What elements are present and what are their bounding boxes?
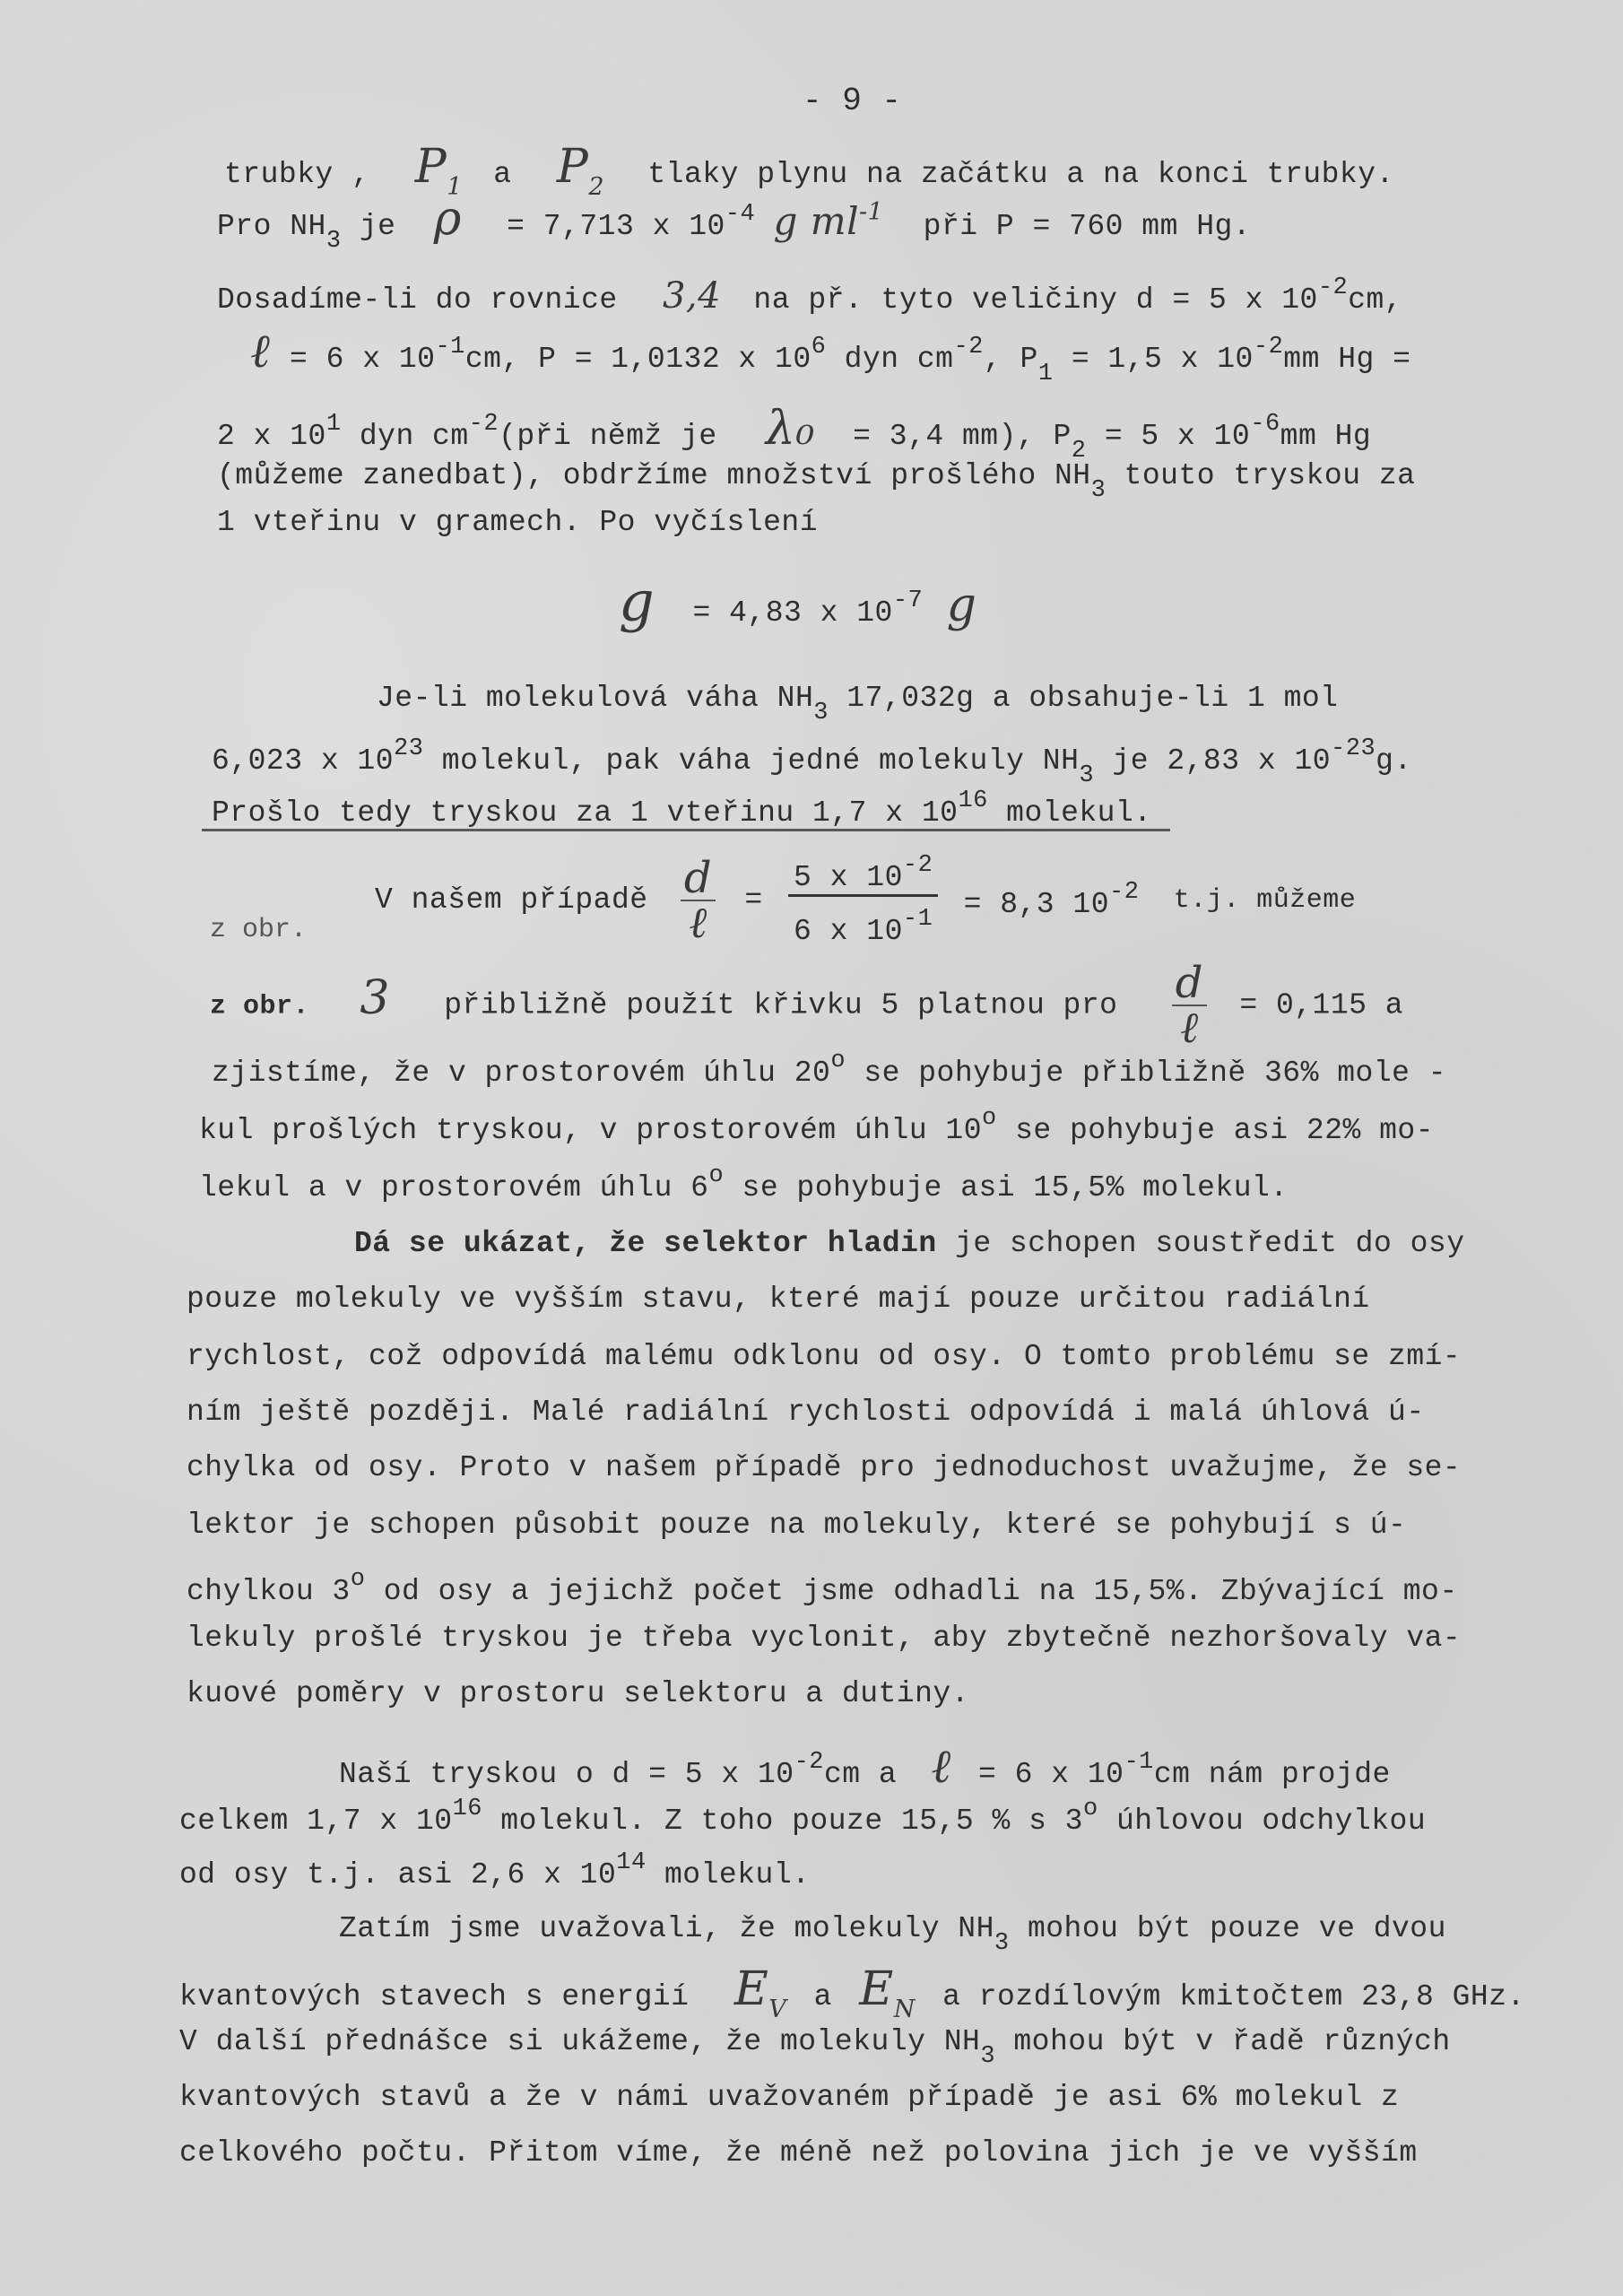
- text: lektor je schopen působit pouze na molek…: [187, 1509, 1406, 1542]
- text: touto tryskou za: [1124, 459, 1416, 492]
- text: -7: [893, 587, 923, 614]
- unit-g: g: [947, 582, 977, 629]
- text: = 8,3 10-2: [964, 888, 1140, 921]
- text: ℓ: [681, 901, 716, 944]
- text-line: (můžeme zanedbat), obdržíme množství pro…: [217, 459, 1415, 504]
- text: celkem 1,7 x 10: [179, 1805, 453, 1838]
- text-line: ℓ = 6 x 10-1cm, P = 1,0132 x 106 dyn cm-…: [251, 328, 1410, 387]
- text-line: V další přednášce si ukážeme, že molekul…: [179, 2025, 1451, 2070]
- text: 1 vteřinu v gramech. Po vyčíslení: [217, 506, 818, 539]
- text: V: [768, 1996, 786, 2023]
- text-line: celkového počtu. Přitom víme, že méně ne…: [179, 2136, 1418, 2170]
- text: N: [894, 1996, 916, 2023]
- text: dyn cm: [845, 343, 954, 376]
- formula-result: g = 4,83 x 10-7 g: [619, 574, 976, 630]
- text: -2: [794, 1749, 824, 1776]
- text: -2: [1109, 879, 1139, 906]
- text: P: [415, 140, 447, 194]
- text: lekuly prošlé tryskou je třeba vyclonit,…: [187, 1622, 1461, 1655]
- symbol-p2: P2: [557, 143, 604, 199]
- document-page: - 9 - trubky , P1 a P2 tlaky plynu na za…: [0, 0, 1623, 2296]
- text: se pohybuje asi 22% mo-: [1015, 1114, 1434, 1147]
- text: 1: [326, 411, 342, 438]
- text-line: ním ještě později. Malé radiální rychlos…: [187, 1396, 1425, 1429]
- handwritten-unit: g ml-1: [774, 200, 884, 240]
- text: kvantových stavů a že v námi uvažovaném …: [179, 2081, 1399, 2114]
- text: -4: [725, 201, 755, 228]
- text: -2: [1254, 334, 1283, 361]
- text: o: [1083, 1796, 1098, 1822]
- text: P: [557, 140, 589, 194]
- text: = 5 x 10: [1105, 420, 1250, 453]
- symbol-lambda: λ₀: [766, 405, 815, 452]
- margin-note: z obr.: [210, 992, 309, 1022]
- text: g.: [1376, 744, 1412, 778]
- text: chylkou 3: [187, 1575, 351, 1608]
- text: kuové poměry v prostoru selektoru a duti…: [187, 1677, 969, 1710]
- symbol-g: g: [619, 574, 655, 630]
- text: = 6 x 10: [290, 343, 435, 376]
- text: g ml: [774, 199, 860, 243]
- text-line: celkem 1,7 x 1016 molekul. Z toho pouze …: [179, 1796, 1426, 1838]
- page-number: - 9 -: [803, 83, 902, 119]
- symbol-l: ℓ: [251, 328, 272, 375]
- text: =: [744, 883, 762, 917]
- text: -23: [1331, 735, 1376, 762]
- text: molekul, pak váha jedné molekuly NH: [442, 744, 1080, 778]
- text: -1: [1124, 1749, 1153, 1776]
- text: 16: [958, 787, 987, 814]
- text: a: [814, 1980, 832, 2013]
- text-line: kuové poměry v prostoru selektoru a duti…: [187, 1677, 969, 1710]
- text: -2: [469, 411, 499, 438]
- text: 3: [980, 2043, 995, 2070]
- ratio-d-over-l: dℓ: [1172, 961, 1207, 1049]
- figure-number: 3: [360, 975, 390, 1022]
- text: o: [982, 1105, 997, 1132]
- symbol-p1: P1: [415, 143, 463, 199]
- text: je 2,83 x 10: [1112, 744, 1331, 778]
- text: o: [351, 1566, 366, 1593]
- text: chylka od osy. Proto v našem případě pro…: [187, 1451, 1461, 1484]
- text: , P: [984, 343, 1038, 376]
- text: pouze molekuly ve vyšším stavu, které ma…: [187, 1283, 1370, 1316]
- text-line: kul prošlých tryskou, v prostorovém úhlu…: [199, 1105, 1434, 1147]
- text: o: [709, 1162, 725, 1189]
- text-line: kvantových stavů a že v námi uvažovaném …: [179, 2081, 1399, 2114]
- text: mohou být v řadě různých: [1013, 2025, 1450, 2058]
- text: 6 x 10: [794, 915, 903, 948]
- text: (můžeme zanedbat), obdržíme množství pro…: [217, 459, 1091, 492]
- equation-reference: 3,4: [663, 278, 721, 314]
- text: kvantových stavech s energií: [179, 1980, 690, 2013]
- text-line: chylkou 3o od osy a jejichž počet jsme o…: [187, 1566, 1458, 1608]
- text: trubky ,: [224, 158, 369, 191]
- text: = 7,713 x 10: [507, 210, 725, 243]
- text: cm,: [1348, 283, 1402, 317]
- text: Je-li molekulová váha NH: [377, 682, 813, 715]
- text: 3: [994, 1930, 1010, 1957]
- text: mm Hg: [1280, 420, 1372, 453]
- text-line: Zatím jsme uvažovali, že molekuly NH3 mo…: [339, 1912, 1446, 1957]
- text: molekul. Z toho pouze 15,5 % s 3: [500, 1805, 1083, 1838]
- text-line: Prošlo tedy tryskou za 1 vteřinu 1,7 x 1…: [212, 787, 1152, 830]
- margin-note-struck: z obr.: [210, 915, 307, 945]
- text: ním ještě později. Malé radiální rychlos…: [187, 1396, 1425, 1429]
- text: -1: [859, 198, 883, 226]
- text: 3: [813, 700, 829, 726]
- text: 6: [811, 334, 827, 361]
- text: cm a: [824, 1758, 897, 1791]
- text: 17,032g a obsahuje-li 1 mol: [846, 682, 1338, 715]
- fraction: 5 x 10-2 6 x 10-1: [788, 852, 938, 948]
- text: -2: [953, 334, 983, 361]
- text: 6,023 x 10: [212, 744, 394, 778]
- text: Pro NH: [217, 210, 326, 243]
- text: Zatím jsme uvažovali, že molekuly NH: [339, 1912, 994, 1945]
- text: 2 x 10: [217, 420, 326, 453]
- text: = 6 x 10: [978, 1758, 1124, 1791]
- text: E: [734, 1962, 768, 2016]
- text: od osy t.j. asi 2,6 x 10: [179, 1858, 616, 1892]
- text-line: kvantových stavech s energií EV a EN a r…: [179, 1966, 1525, 2022]
- text: Naší tryskou o d = 5 x 10: [339, 1758, 794, 1791]
- text: se pohybuje asi 15,5% molekul.: [742, 1171, 1289, 1205]
- text: o: [830, 1048, 846, 1074]
- text-line: lekul a v prostorovém úhlu 6o se pohybuj…: [199, 1162, 1289, 1205]
- text: 1: [1038, 361, 1054, 387]
- text: -6: [1250, 411, 1280, 438]
- text-line: lektor je schopen působit pouze na molek…: [187, 1509, 1406, 1542]
- text: -2: [1318, 274, 1348, 301]
- text: ℓ: [1172, 1006, 1207, 1049]
- text: -2: [903, 852, 933, 879]
- text: t.j. můžeme: [1174, 885, 1357, 916]
- text-line: Je-li molekulová váha NH3 17,032g a obsa…: [377, 682, 1338, 726]
- text: molekul.: [1006, 796, 1151, 830]
- symbol-rho: ρ: [434, 196, 462, 242]
- text-line: Pro NH3 je ρ = 7,713 x 10-4 g ml-1 při P…: [217, 196, 1251, 255]
- text-line: 1 vteřinu v gramech. Po vyčíslení: [217, 506, 818, 539]
- text-line: pouze molekuly ve vyšším stavu, které ma…: [187, 1283, 1370, 1316]
- text: na př. tyto veličiny d = 5 x 10: [753, 283, 1317, 317]
- text: 6 x 10-1: [788, 906, 938, 948]
- text: cm nám projde: [1154, 1758, 1391, 1791]
- text: lekul a v prostorovém úhlu 6: [199, 1171, 709, 1205]
- text: celkového počtu. Přitom víme, že méně ne…: [179, 2136, 1418, 2170]
- text: rychlost, což odpovídá malému odklonu od…: [187, 1340, 1461, 1373]
- text: = 8,3 10: [964, 888, 1109, 921]
- text-line: z obr. 3 přibližně použít křivku 5 platn…: [210, 961, 1403, 1049]
- text: mohou být pouze ve dvou: [1028, 1912, 1446, 1945]
- text: a rozdílovým kmitočtem 23,8 GHz.: [942, 1980, 1525, 2013]
- text: V další přednášce si ukážeme, že molekul…: [179, 2025, 980, 2058]
- text: dyn cm: [360, 420, 469, 453]
- text-line: rychlost, což odpovídá malému odklonu od…: [187, 1340, 1461, 1373]
- text: 5 x 10-2: [788, 852, 938, 897]
- text: zjistíme, že v prostorovém úhlu 20: [212, 1057, 830, 1090]
- text: mm Hg =: [1283, 343, 1410, 376]
- text-line: zjistíme, že v prostorovém úhlu 20o se p…: [212, 1048, 1446, 1090]
- text: = 4,83 x 10: [693, 596, 893, 630]
- text-line: Naší tryskou o d = 5 x 10-2cm a ℓ = 6 x …: [339, 1744, 1391, 1791]
- text: je: [360, 210, 396, 243]
- text: 23: [394, 735, 423, 762]
- text: = 0,115 a: [1239, 989, 1403, 1022]
- text: od osy a jejichž počet jsme odhadli na 1…: [384, 1575, 1458, 1608]
- text: 3: [1079, 762, 1094, 789]
- text: (při němž je: [499, 420, 717, 453]
- text-line: V našem případě dℓ = 5 x 10-2 6 x 10-1 =…: [375, 852, 1356, 948]
- text: a: [493, 158, 511, 191]
- text: 16: [453, 1796, 482, 1822]
- text: = 3,4 mm), P: [853, 420, 1072, 453]
- text-line: trubky , P1 a P2 tlaky plynu na začátku …: [224, 143, 1394, 199]
- text: -1: [435, 334, 464, 361]
- text: molekul.: [664, 1858, 810, 1892]
- text: E: [859, 1962, 893, 2016]
- text: tlaky plynu na začátku a na konci trubky…: [647, 158, 1393, 191]
- ratio-d-over-l: dℓ: [681, 857, 716, 944]
- text: 3: [1091, 477, 1107, 504]
- text: Dosadíme-li do rovnice: [217, 283, 618, 317]
- text: -1: [903, 906, 933, 933]
- text-line: Dá se ukázat, že selektor hladin je scho…: [354, 1227, 1465, 1260]
- text: d: [681, 857, 716, 901]
- text: kul prošlých tryskou, v prostorovém úhlu…: [199, 1114, 982, 1147]
- text: přibližně použít křivku 5 platnou pro: [444, 989, 1117, 1022]
- symbol-energy-n: EN: [859, 1966, 916, 2022]
- text: = 1,5 x 10: [1072, 343, 1254, 376]
- symbol-l: ℓ: [932, 1744, 951, 1790]
- text: Prošlo tedy tryskou za 1 vteřinu 1,7 x 1…: [212, 796, 958, 830]
- text-line: Dosadíme-li do rovnice 3,4 na př. tyto v…: [217, 274, 1402, 317]
- text: d: [1172, 961, 1207, 1006]
- text: se pohybuje přibližně 36% mole -: [864, 1057, 1446, 1090]
- text: cm, P = 1,0132 x 10: [465, 343, 811, 376]
- text: 3: [326, 228, 342, 255]
- text: V našem případě: [375, 883, 648, 917]
- text: 5 x 10: [794, 861, 903, 894]
- horizontal-rule: [202, 829, 1170, 831]
- text-line: 6,023 x 1023 molekul, pak váha jedné mol…: [212, 735, 1412, 789]
- text-line: 2 x 101 dyn cm-2(při němž je λ₀ = 3,4 mm…: [217, 405, 1371, 465]
- text: je schopen soustředit do osy: [955, 1227, 1465, 1260]
- text: Dá se ukázat, že selektor hladin: [354, 1227, 937, 1260]
- text: úhlovou odchylkou: [1116, 1805, 1426, 1838]
- text-line: od osy t.j. asi 2,6 x 1014 molekul.: [179, 1849, 810, 1892]
- symbol-energy-v: EV: [734, 1966, 786, 2022]
- text-line: chylka od osy. Proto v našem případě pro…: [187, 1451, 1461, 1484]
- text-line: lekuly prošlé tryskou je třeba vyclonit,…: [187, 1622, 1461, 1655]
- text: při P = 760 mm Hg.: [924, 210, 1251, 243]
- text: 14: [616, 1849, 646, 1876]
